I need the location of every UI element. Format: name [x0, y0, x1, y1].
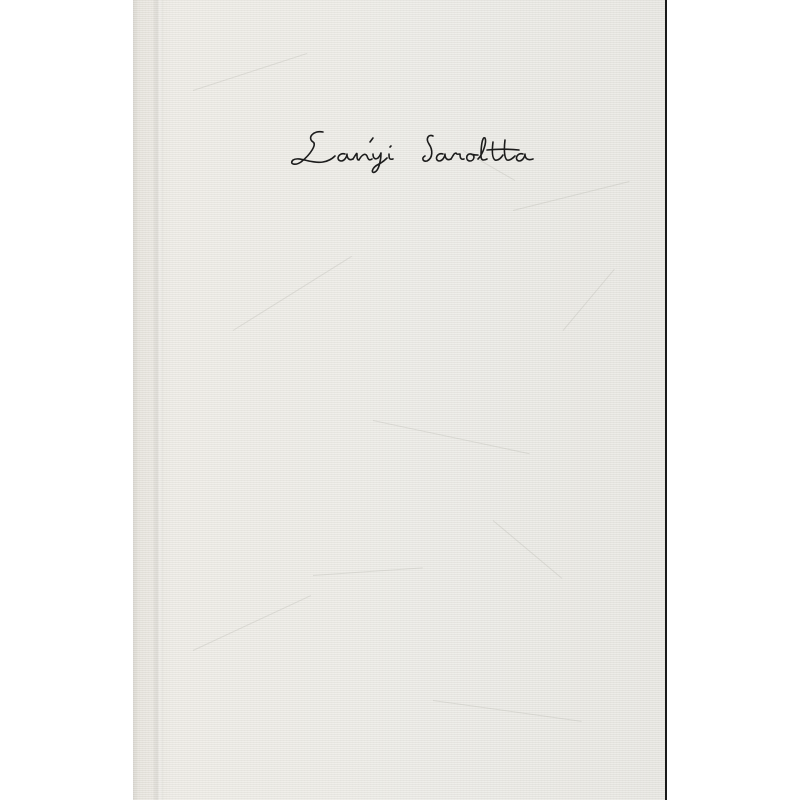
- spine-shadow: [133, 0, 139, 800]
- paper-fiber: [493, 520, 563, 579]
- handwritten-signature-icon: [283, 128, 543, 178]
- paper-fiber: [563, 269, 615, 331]
- paper-fiber: [193, 595, 311, 651]
- author-signature: Lányi Sarolta: [283, 128, 543, 178]
- paper-fiber: [233, 256, 352, 331]
- paper-fiber: [513, 181, 630, 211]
- book-cover: Lányi Sarolta: [133, 0, 665, 800]
- paper-fiber: [373, 420, 530, 454]
- paper-fiber: [433, 700, 582, 722]
- book-edge-shadow: [665, 0, 667, 800]
- spine-hinge: [153, 0, 163, 800]
- paper-fiber: [313, 567, 423, 576]
- paper-fiber: [193, 53, 307, 91]
